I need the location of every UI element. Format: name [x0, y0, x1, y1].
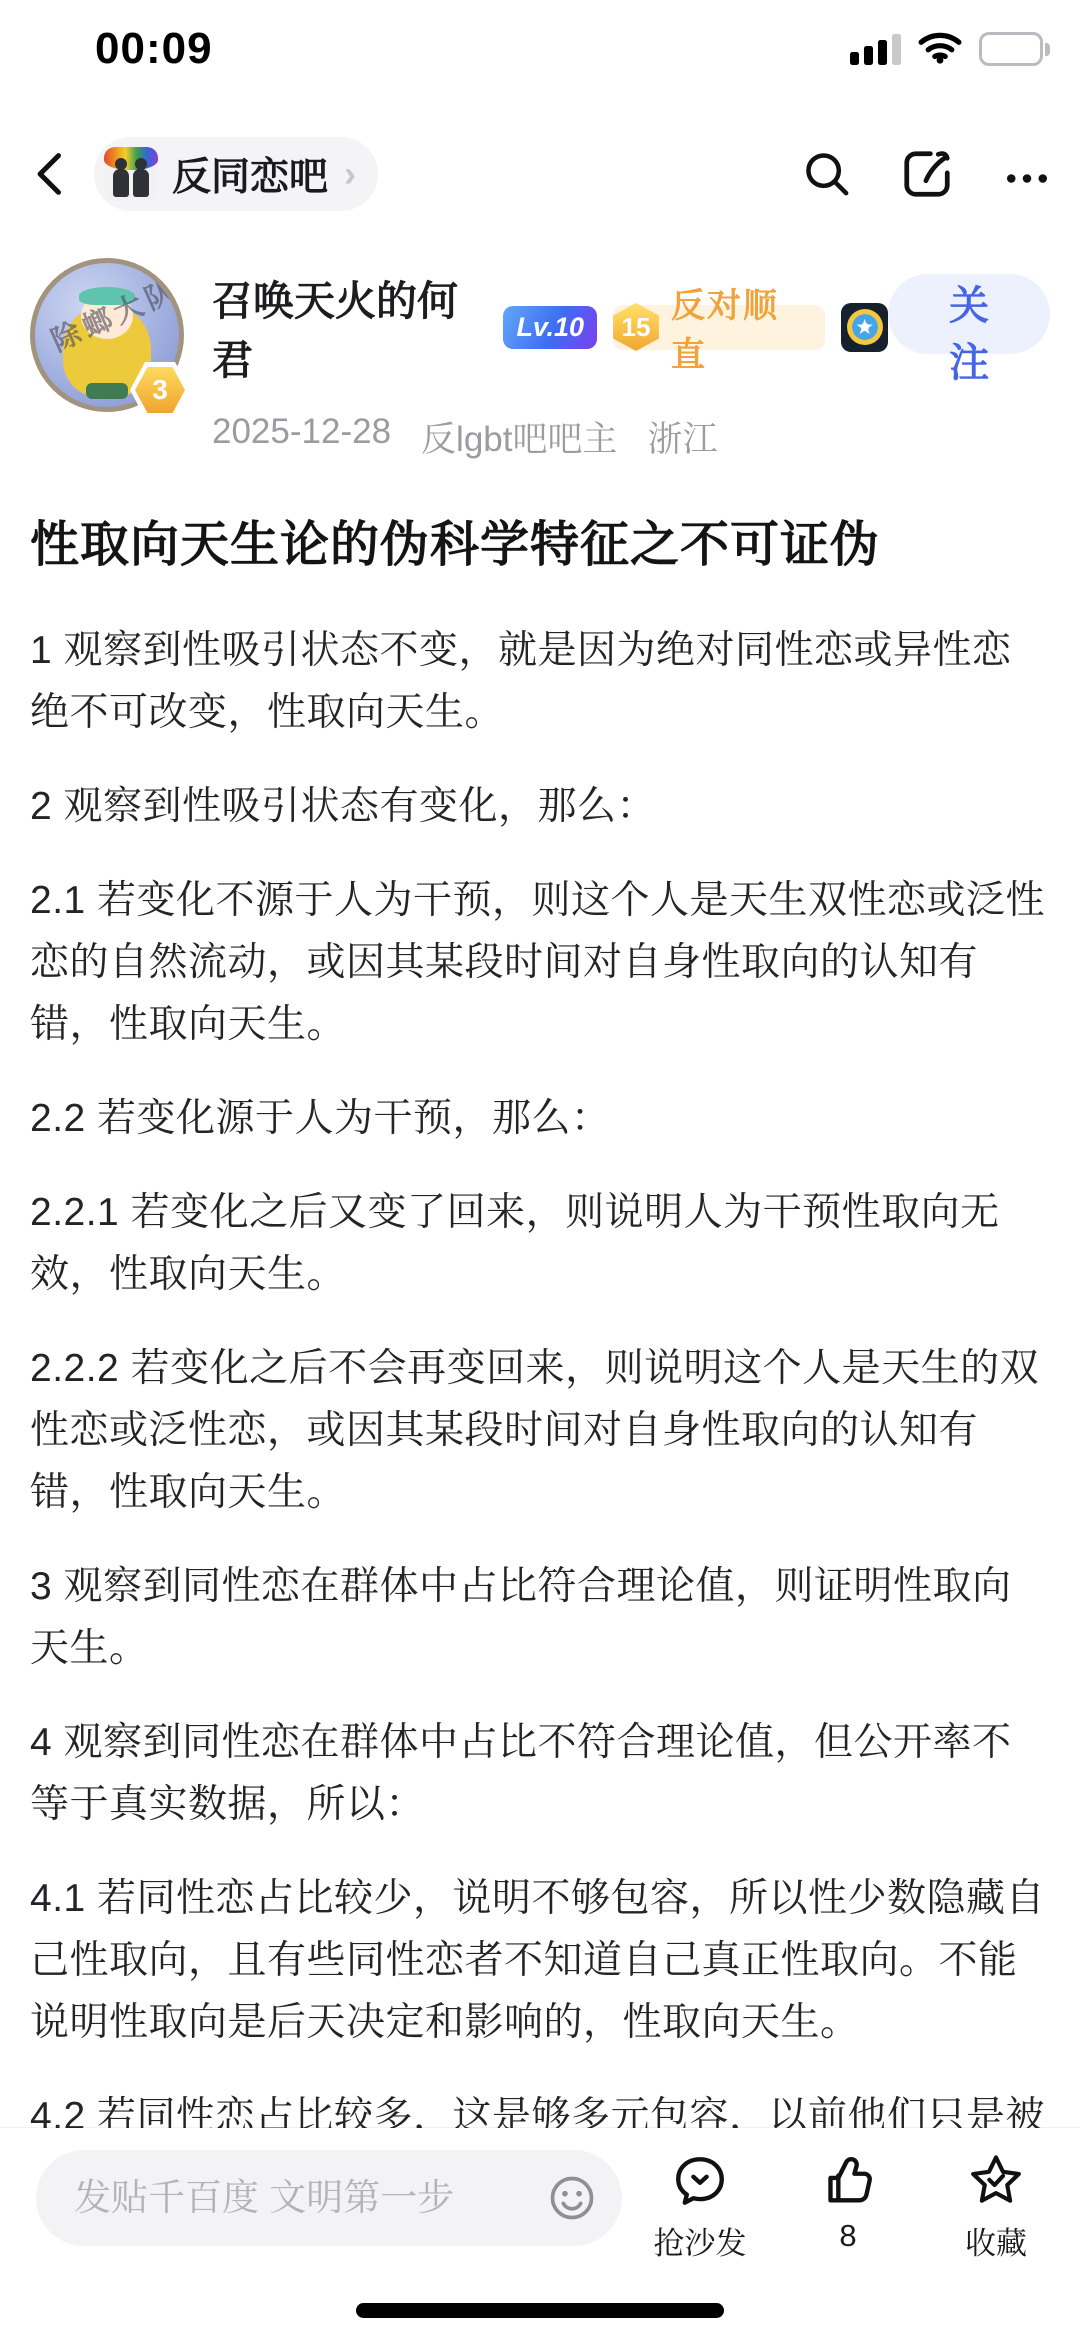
- thumbs-up-icon: [819, 2152, 877, 2210]
- post-paragraph: 2 观察到性吸引状态有变化，那么：: [30, 776, 1050, 838]
- smiley-icon: [546, 2172, 598, 2224]
- star-icon: [967, 2152, 1025, 2210]
- home-indicator[interactable]: [356, 2303, 724, 2318]
- comment-button[interactable]: 抢沙发: [646, 2152, 754, 2263]
- member-gem-icon: 15: [610, 303, 662, 351]
- post-paragraph: 4 观察到同性恋在群体中占比不符合理论值，但公开率不等于真实数据，所以：: [30, 1712, 1050, 1836]
- post-meta: 2025-12-28 反lgbt吧吧主 浙江: [212, 412, 888, 462]
- like-button[interactable]: 8: [794, 2152, 902, 2263]
- author-avatar[interactable]: 除螂大队 3: [30, 258, 184, 412]
- back-button[interactable]: [26, 148, 78, 200]
- post-paragraph: 2.1 若变化不源于人为干预，则这个人是天生双性恋或泛性恋的自然流动，或因其某段…: [30, 870, 1050, 1056]
- nav-actions: [800, 147, 1054, 201]
- author-role: 反lgbt吧吧主: [421, 412, 617, 462]
- author-name: 召唤天火的何君: [212, 268, 487, 386]
- forum-chip[interactable]: 反同恋吧 ›: [94, 137, 378, 211]
- moderator-medal-icon: [841, 303, 888, 352]
- chevron-left-icon: [26, 148, 78, 200]
- more-button[interactable]: [1000, 147, 1054, 201]
- chevron-right-icon: ›: [344, 156, 356, 192]
- search-icon: [800, 147, 854, 201]
- reply-input[interactable]: [74, 2177, 546, 2219]
- clock: 00:09: [95, 24, 213, 74]
- post-header: 除螂大队 3 召唤天火的何君 Lv.10 15 反对顺直 2025-12-28 …: [30, 258, 1050, 462]
- post-date: 2025-12-28: [212, 412, 391, 462]
- post-paragraph: 2.2 若变化源于人为干预，那么：: [30, 1088, 1050, 1150]
- screen: 00:09: [0, 0, 1080, 2340]
- reply-input-pill[interactable]: [36, 2150, 622, 2246]
- compose-icon: [900, 147, 954, 201]
- post-body: 1 观察到性吸引状态不变，就是因为绝对同性恋或异性恋绝不可改变，性取向天生。 2…: [30, 620, 1050, 2272]
- user-info: 召唤天火的何君 Lv.10 15 反对顺直 2025-12-28 反lgbt吧吧…: [212, 258, 888, 462]
- emoji-button[interactable]: [546, 2172, 598, 2224]
- member-tag-label: 反对顺直: [671, 278, 809, 376]
- nav-bar: 反同恋吧 ›: [0, 120, 1080, 228]
- follow-button[interactable]: 关注: [888, 274, 1050, 354]
- status-icons: [850, 30, 1050, 69]
- favorite-button[interactable]: 收藏: [942, 2152, 1050, 2263]
- compose-button[interactable]: [900, 147, 954, 201]
- bottom-actions: 抢沙发 8 收藏: [646, 2150, 1050, 2263]
- comment-bubble-icon: [671, 2152, 729, 2210]
- member-tag-pill: 15 反对顺直: [613, 305, 825, 350]
- battery-icon: [979, 32, 1050, 66]
- forum-avatar: [104, 147, 158, 201]
- author-location: 浙江: [647, 412, 717, 462]
- post-title: 性取向天生论的伪科学特征之不可证伪: [30, 512, 1050, 578]
- comment-label: 抢沙发: [654, 2218, 747, 2263]
- level-badge: Lv.10: [503, 306, 597, 349]
- favorite-label: 收藏: [965, 2218, 1027, 2263]
- signal-strength-icon: [850, 33, 901, 65]
- name-row: 召唤天火的何君 Lv.10 15 反对顺直: [212, 268, 888, 386]
- ellipsis-icon: [1000, 147, 1054, 201]
- like-count: 8: [839, 2218, 856, 2254]
- post-paragraph: 2.2.2 若变化之后不会再变回来，则说明这个人是天生的双性恋或泛性恋，或因其某…: [30, 1338, 1050, 1524]
- wifi-icon: [917, 30, 963, 69]
- post-paragraph: 2.2.1 若变化之后又变了回来，则说明人为干预性取向无效，性取向天生。: [30, 1182, 1050, 1306]
- status-bar: 00:09: [0, 0, 1080, 80]
- post-paragraph: 3 观察到同性恋在群体中占比符合理论值，则证明性取向天生。: [30, 1556, 1050, 1680]
- search-button[interactable]: [800, 147, 854, 201]
- post-paragraph: 1 观察到性吸引状态不变，就是因为绝对同性恋或异性恋绝不可改变，性取向天生。: [30, 620, 1050, 744]
- post-paragraph: 4.1 若同性恋占比较少，说明不够包容，所以性少数隐藏自己性取向，且有些同性恋者…: [30, 1868, 1050, 2054]
- forum-name: 反同恋吧: [172, 146, 328, 202]
